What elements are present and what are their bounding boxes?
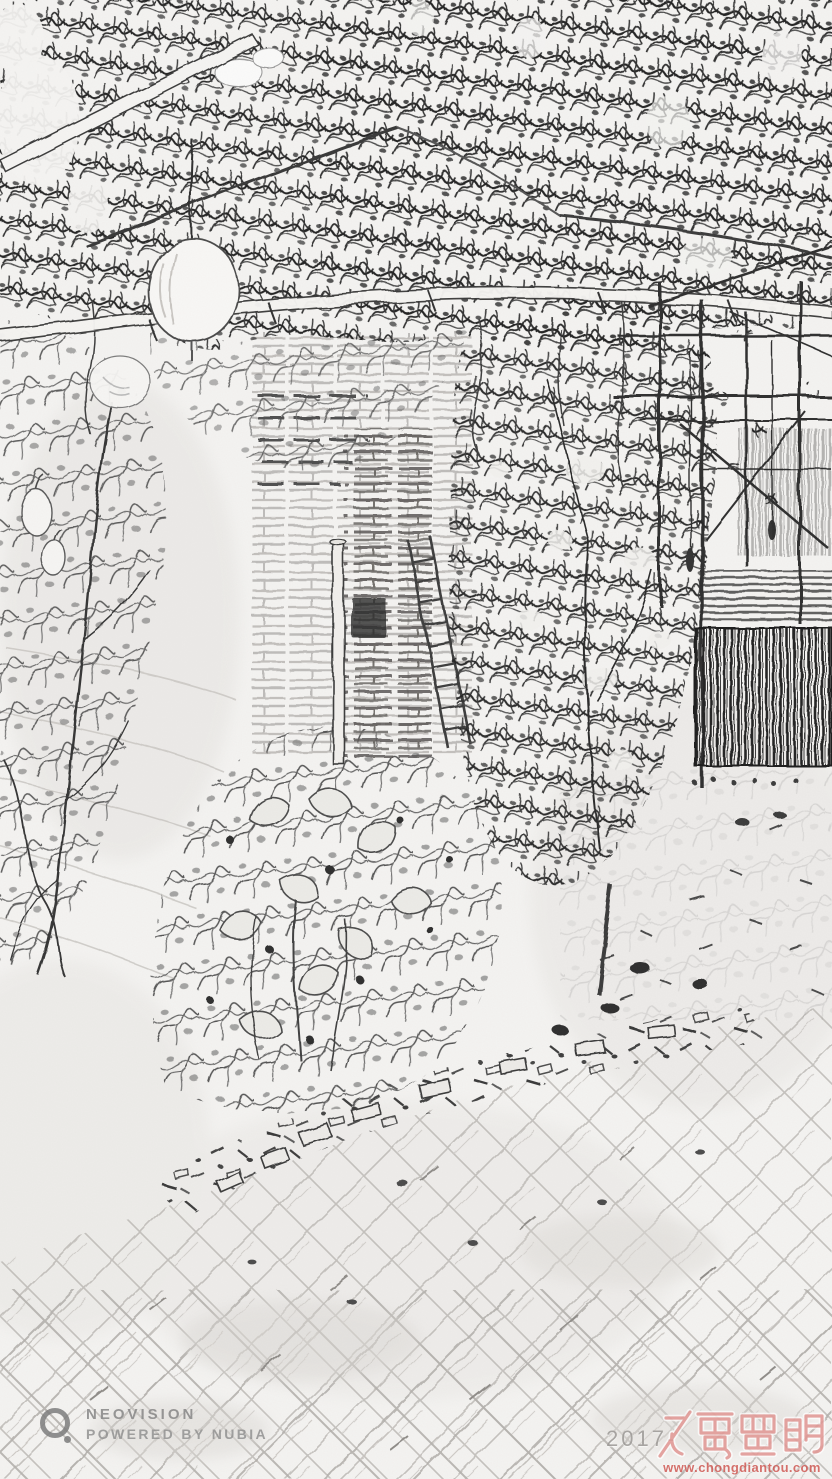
- ring-icon: [40, 1408, 70, 1438]
- sketch-photo: Courtyard garden sketch: dense vine cano…: [0, 0, 832, 1479]
- camera-app-name: NEOVISION: [86, 1406, 268, 1423]
- camera-tagline: POWERED BY NUBIA: [86, 1426, 268, 1442]
- camera-watermark: NEOVISION POWERED BY NUBIA: [38, 1404, 268, 1444]
- site-watermark: 充電頭網 www.chongdiantou.com: [654, 1408, 830, 1475]
- pencil-grain-overlay: [0, 0, 832, 1479]
- site-watermark-glyphs: [656, 1408, 828, 1462]
- dot-icon: [64, 1436, 71, 1443]
- nubia-ring-logo: [38, 1404, 72, 1444]
- sketch-scene: [0, 0, 832, 1479]
- site-watermark-url: www.chongdiantou.com: [654, 1460, 830, 1475]
